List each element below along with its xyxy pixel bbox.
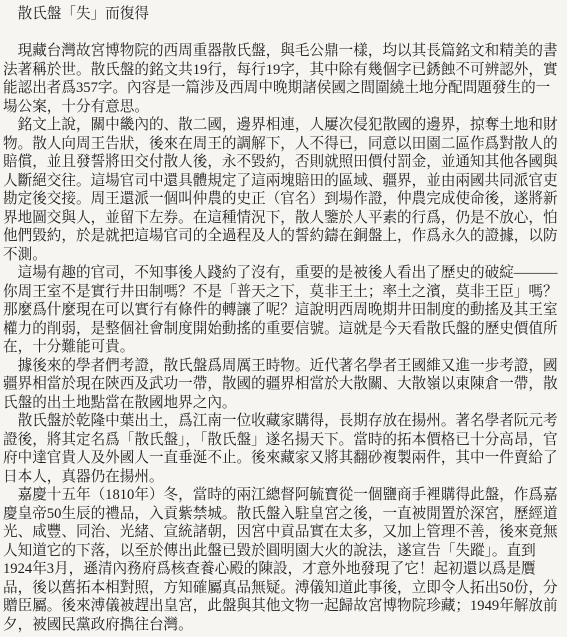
document-page: 散氏盤「失」而復得 現藏台灣故宮博物院的西周重器散氏盤，與毛公鼎一樣，均以其長篇… (0, 0, 567, 637)
paragraph-scholars-research: 據後來的學者們考證，散氏盤爲周厲王時物。近代著名學者王國維又進一步考證，國疆界相… (3, 357, 562, 413)
document-title: 散氏盤「失」而復得 (3, 5, 562, 24)
paragraph-intro: 現藏台灣故宮博物院的西周重器散氏盤，與毛公鼎一樣，均以其長篇銘文和精美的書法著稱… (3, 42, 562, 116)
paragraph-qianlong-excavation: 散氏盤於乾隆中葉出土，爲江南一位收藏家購得，長期存放在揚州。著名學者阮元考證後，… (3, 412, 562, 486)
paragraph-inscription-story: 銘文上說，關中畿內的、散二國，邊界相連，人屢次侵犯散國的邊界，掠奪土地和財物。散… (3, 116, 562, 264)
paragraph-historical-value: 這場有趣的官司，不知事後人踐約了沒有，重要的是被後人看出了歷史的破綻———你周王… (3, 264, 562, 357)
paragraph-jiaqing-to-taiwan: 嘉慶十五年（1810年）冬，當時的兩江總督阿毓寶從一個鹽商手裡購得此盤，作爲嘉慶… (3, 486, 562, 634)
